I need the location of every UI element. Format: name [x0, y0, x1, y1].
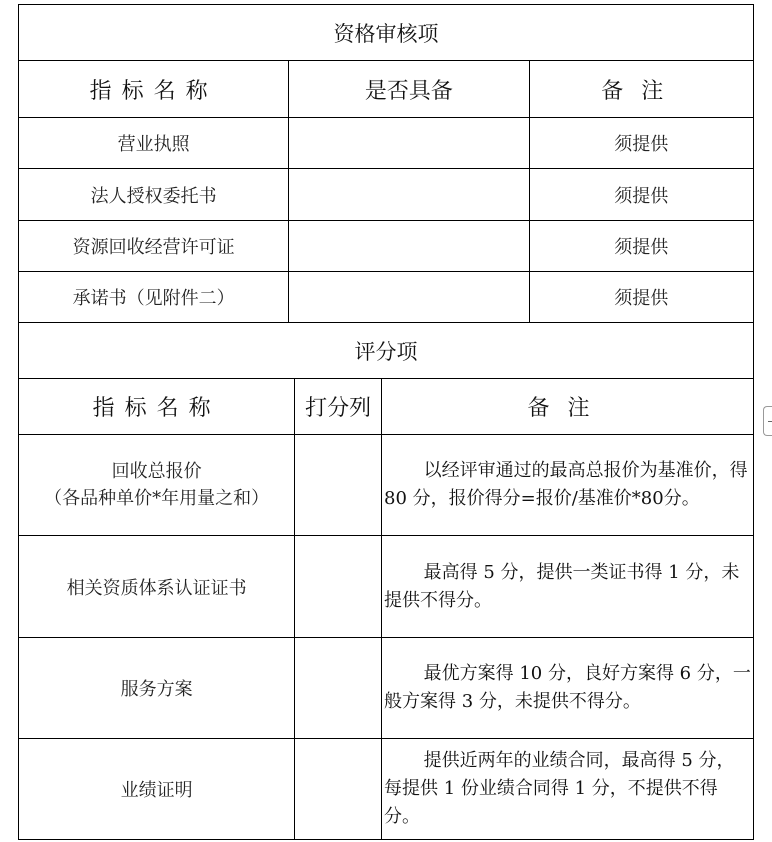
header-score-column: 打分列 [295, 379, 382, 434]
qualification-section-title: 资格审核项 [19, 5, 753, 60]
remark-text: 以经评审通过的最高总报价为基准价，得 80 分，报价得分=报价/基准价*80分。 [384, 457, 751, 513]
qualification-header-row: 指标名称 是否具备 备注 [19, 61, 753, 118]
remark-text: 最优方案得 10 分，良好方案得 6 分，一般方案得 3 分，未提供不得分。 [384, 660, 751, 716]
table-row: 回收总报价 （各品种单价*年用量之和） 以经评审通过的最高总报价为基准价，得 8… [19, 435, 753, 536]
table-row: 服务方案 最优方案得 10 分，良好方案得 6 分，一般方案得 3 分，未提供不… [19, 638, 753, 739]
remark: 以经评审通过的最高总报价为基准价，得 80 分，报价得分=报价/基准价*80分。 [382, 435, 753, 535]
score-cell[interactable] [295, 435, 382, 535]
remark: 须提供 [530, 118, 753, 168]
indicator-name-line1: 回收总报价 [112, 458, 202, 485]
indicator-name: 资源回收经营许可证 [19, 221, 289, 271]
table-row: 业绩证明 提供近两年的业绩合同，最高得 5 分，每提供 1 份业绩合同得 1 分… [19, 739, 753, 839]
remark: 须提供 [530, 169, 753, 220]
indicator-name: 相关资质体系认证证书 [19, 536, 295, 637]
scoring-header-row: 指标名称 打分列 备注 [19, 379, 753, 435]
availability-cell[interactable] [289, 221, 529, 271]
table-row: 承诺书（见附件二） 须提供 [19, 272, 753, 323]
header-indicator-name: 指标名称 [19, 61, 289, 117]
indicator-name: 服务方案 [19, 638, 295, 738]
scoring-section-title: 评分项 [19, 323, 753, 378]
header-indicator-name: 指标名称 [19, 379, 295, 434]
indicator-name: 法人授权委托书 [19, 169, 289, 220]
evaluation-table: 资格审核项 指标名称 是否具备 备注 营业执照 须提供 法人授权委托书 须提供 … [18, 4, 754, 840]
table-row: 相关资质体系认证证书 最高得 5 分，提供一类证书得 1 分，未提供不得分。 [19, 536, 753, 638]
remark: 须提供 [530, 272, 753, 322]
remark: 提供近两年的业绩合同，最高得 5 分，每提供 1 份业绩合同得 1 分，不提供不… [382, 739, 753, 839]
qualification-title-row: 资格审核项 [19, 5, 753, 61]
availability-cell[interactable] [289, 118, 529, 168]
remark-text: 提供近两年的业绩合同，最高得 5 分，每提供 1 份业绩合同得 1 分，不提供不… [384, 747, 751, 831]
score-cell[interactable] [295, 638, 382, 738]
indicator-name-line2: （各品种单价*年用量之和） [44, 485, 269, 512]
remark: 最高得 5 分，提供一类证书得 1 分，未提供不得分。 [382, 536, 753, 637]
remark-text: 最高得 5 分，提供一类证书得 1 分，未提供不得分。 [384, 559, 751, 615]
availability-cell[interactable] [289, 272, 529, 322]
remark: 最优方案得 10 分，良好方案得 6 分，一般方案得 3 分，未提供不得分。 [382, 638, 753, 738]
indicator-name: 营业执照 [19, 118, 289, 168]
indicator-name: 回收总报价 （各品种单价*年用量之和） [19, 435, 295, 535]
availability-cell[interactable] [289, 169, 529, 220]
score-cell[interactable] [295, 739, 382, 839]
table-row: 营业执照 须提供 [19, 118, 753, 169]
remark: 须提供 [530, 221, 753, 271]
scoring-title-row: 评分项 [19, 323, 753, 379]
table-row: 资源回收经营许可证 须提供 [19, 221, 753, 272]
table-row: 法人授权委托书 须提供 [19, 169, 753, 221]
indicator-name: 承诺书（见附件二） [19, 272, 289, 322]
header-availability: 是否具备 [289, 61, 529, 117]
score-cell[interactable] [295, 536, 382, 637]
header-remarks: 备注 [530, 61, 753, 117]
indicator-name: 业绩证明 [19, 739, 295, 839]
collapse-handle-icon[interactable] [763, 406, 772, 436]
header-remarks: 备注 [382, 379, 753, 434]
